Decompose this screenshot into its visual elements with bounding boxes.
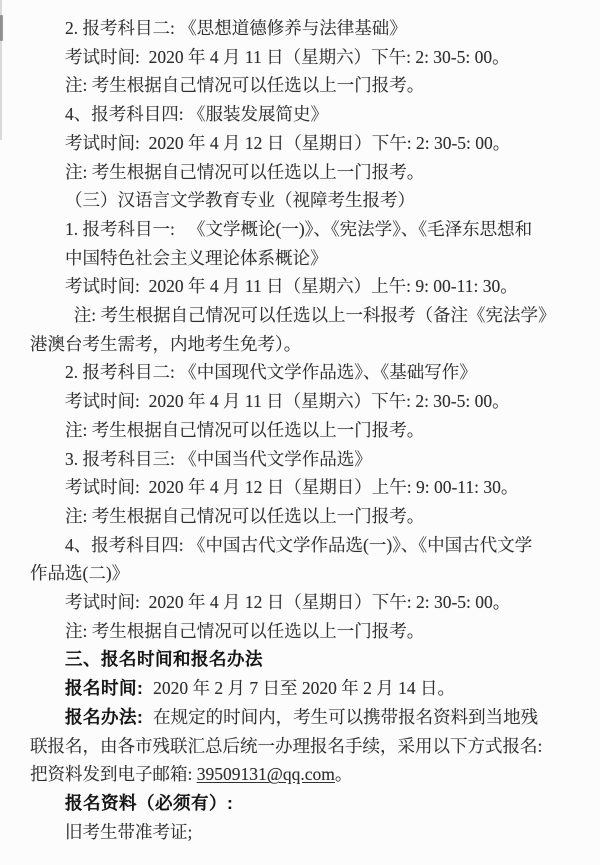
email-line: 把资料发到电子邮箱: 39509131@qq.com。 [30,760,596,789]
text-segment: 3. 报考科目三: 《中国当代文学作品选》 [65,449,372,469]
bold-label: 报名时间: [65,678,149,698]
exam-time-line: 考试时间: 2020 年 4 月 11 日（星期六）下午: 2: 30-5: 0… [30,387,596,416]
text-segment: 4、报考科目四: 《服装发展简史》 [65,104,328,124]
text-segment: 考试时间: 2020 年 4 月 12 日（星期日）下午: 2: 30-5: 0… [65,133,510,153]
note-line: 注: 考生根据自己情况可以任选以上一门报考。 [30,617,596,646]
note-line: 注: 考生根据自己情况可以任选以上一门报考。 [30,416,596,445]
materials-heading: 报名资料（必须有）: [30,789,596,818]
text-segment: 考试时间: 2020 年 4 月 12 日（星期日）下午: 2: 30-5: 0… [65,592,510,612]
registration-method-continued: 联报名，由各市残联汇总后统一办理报名手续，采用以下方式报名: [30,732,596,761]
note-line: 注: 考生根据自己情况可以任选以上一门报考。 [30,158,596,187]
major-heading-chinese-literature: （三）汉语言文学教育专业（视障考生报考） [30,186,596,215]
text-segment: 作品选(二)》 [30,563,129,583]
subject-line-4-ancient-literature: 4、报考科目四: 《中国古代文学作品选(一)》、《中国古代文学 [30,531,596,560]
text-segment: 注: 考生根据自己情况可以任选以上一门报考。 [65,506,424,526]
text-segment: 2020 年 2 月 7 日至 2020 年 2 月 14 日。 [149,678,455,698]
note-line: 注: 考生根据自己情况可以任选以上一门报考。 [30,502,596,531]
subject-line-2-modern-literature: 2. 报考科目二: 《中国现代文学作品选》、《基础写作》 [30,358,596,387]
text-segment: 在规定的时间内，考生可以携带报名资料到当地残 [149,707,538,727]
text-segment: 旧考生带准考证; [65,822,192,842]
subject-line-1-literature-theory: 1. 报考科目一: 《文学概论(一)》、《宪法学》、《毛泽东思想和 [30,215,596,244]
text-segment: 中国特色社会主义理论体系概论》 [65,248,328,268]
text-segment: 联报名，由各市残联汇总后统一办理报名手续，采用以下方式报名: [30,736,542,756]
text-segment: 注: 考生根据自己情况可以任选以上一门报考。 [65,162,424,182]
text-segment: 注: 考生根据自己情况可以任选以上一门报考。 [65,621,424,641]
bold-label: 三、报名时间和报名办法 [65,649,263,669]
text-segment: 注: 考生根据自己情况可以任选以上一科报考（备注《宪法学》 [74,305,556,325]
document-page: 2. 报考科目二: 《思想道德修养与法律基础》考试时间: 2020 年 4 月 … [0,0,600,865]
email-link[interactable]: 39509131@qq.com [197,764,335,784]
text-segment: 考试时间: 2020 年 4 月 11 日（星期六）下午: 2: 30-5: 0… [65,47,510,67]
exam-time-line: 考试时间: 2020 年 4 月 11 日（星期六）下午: 2: 30-5: 0… [30,43,596,72]
text-segment: 港澳台考生需考，内地考生免考）。 [30,334,301,354]
text-segment: 注: 考生根据自己情况可以任选以上一门报考。 [65,420,424,440]
subject-line-2-ideology: 2. 报考科目二: 《思想道德修养与法律基础》 [30,14,596,43]
text-segment: 把资料发到电子邮箱: [30,764,197,784]
subject-line-4-costume-history: 4、报考科目四: 《服装发展简史》 [30,100,596,129]
text-segment: 考试时间: 2020 年 4 月 11 日（星期六）上午: 9: 00-11: … [65,276,518,296]
text-segment: 。 [335,764,353,784]
exam-time-line: 考试时间: 2020 年 4 月 12 日（星期日）下午: 2: 30-5: 0… [30,588,596,617]
bold-label: 报名办法: [65,707,149,727]
text-segment: 考试时间: 2020 年 4 月 11 日（星期六）下午: 2: 30-5: 0… [65,391,510,411]
section-heading-registration: 三、报名时间和报名办法 [30,645,596,674]
note-line-constitution-continued: 港澳台考生需考，内地考生免考）。 [30,330,596,359]
registration-time-line: 报名时间: 2020 年 2 月 7 日至 2020 年 2 月 14 日。 [30,674,596,703]
text-segment: 考试时间: 2020 年 4 月 12 日（星期日）上午: 9: 00-11: … [65,477,518,497]
scan-smudge [0,15,3,41]
exam-time-line: 考试时间: 2020 年 4 月 11 日（星期六）上午: 9: 00-11: … [30,272,596,301]
subject-line-1-continued: 中国特色社会主义理论体系概论》 [30,244,596,273]
subject-line-4-continued: 作品选(二)》 [30,559,596,588]
materials-item-old-candidates: 旧考生带准考证; [30,818,596,847]
registration-method-line: 报名办法: 在规定的时间内，考生可以携带报名资料到当地残 [30,703,596,732]
text-segment: 2. 报考科目二: 《思想道德修养与法律基础》 [65,18,407,38]
text-segment: （三）汉语言文学教育专业（视障考生报考） [65,190,415,210]
text-segment: 注: 考生根据自己情况可以任选以上一门报考。 [65,75,424,95]
document-body: 2. 报考科目二: 《思想道德修养与法律基础》考试时间: 2020 年 4 月 … [30,14,596,846]
text-segment: 4、报考科目四: 《中国古代文学作品选(一)》、《中国古代文学 [65,535,532,555]
note-line: 注: 考生根据自己情况可以任选以上一门报考。 [30,71,596,100]
text-segment: 2. 报考科目二: 《中国现代文学作品选》、《基础写作》 [65,362,477,382]
bold-label: 报名资料（必须有）: [65,793,233,813]
note-line-constitution: 注: 考生根据自己情况可以任选以上一科报考（备注《宪法学》 [30,301,596,330]
subject-line-3-contemporary-literature: 3. 报考科目三: 《中国当代文学作品选》 [30,445,596,474]
text-segment: 1. 报考科目一: 《文学概论(一)》、《宪法学》、《毛泽东思想和 [65,219,532,239]
exam-time-line: 考试时间: 2020 年 4 月 12 日（星期日）上午: 9: 00-11: … [30,473,596,502]
exam-time-line: 考试时间: 2020 年 4 月 12 日（星期日）下午: 2: 30-5: 0… [30,129,596,158]
